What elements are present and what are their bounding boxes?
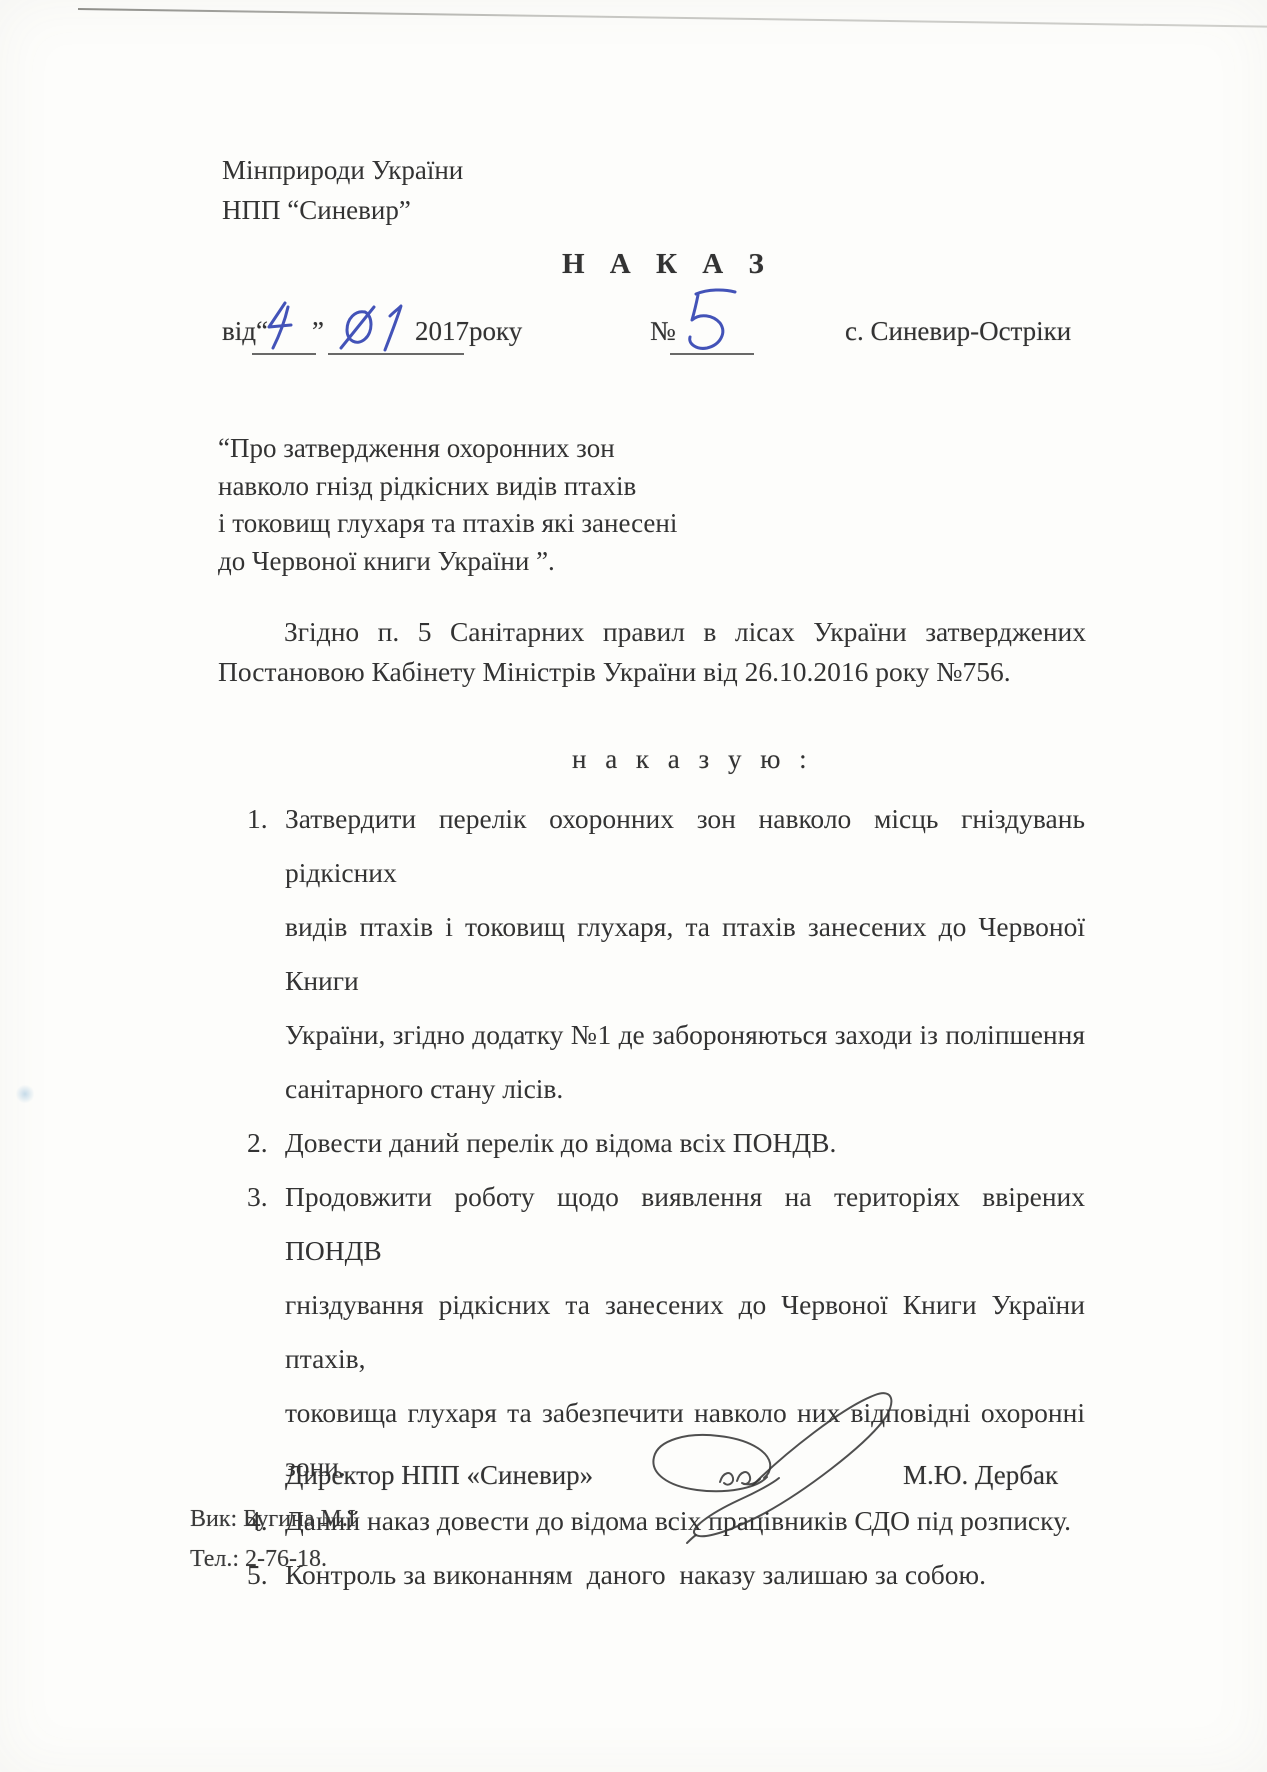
number-underline (670, 353, 754, 355)
phone-note: Тел.: 2-76-18. (190, 1546, 327, 1573)
handwritten-month (338, 300, 410, 352)
item-number: 1. (247, 792, 268, 846)
intro-line: Постановою Кабінету Міністрів України ві… (218, 652, 1086, 692)
number-sign: № (650, 316, 676, 347)
handwritten-day (260, 296, 302, 352)
park-name: НПП “Синевир” (222, 190, 463, 230)
scan-artifact-line (78, 8, 1267, 27)
intro-paragraph: Згідно п. 5 Санітарних правил в лісах Ук… (218, 612, 1086, 691)
signature-name: М.Ю. Дербак (903, 1460, 1058, 1491)
date-close-quote: ” (312, 316, 324, 347)
subject-paragraph: “Про затвердження охоронних зон навколо … (218, 430, 778, 580)
ministry-name: Мінприроди України (222, 150, 463, 190)
handwritten-number (682, 286, 740, 352)
list-item: 1. Затвердити перелік охоронних зон навк… (285, 792, 1085, 1116)
scanned-order-document: Мінприроди України НПП “Синевир” Н А К А… (0, 0, 1267, 1772)
item-line: Продовжити роботу щодо виявлення на тери… (285, 1170, 1085, 1278)
ink-smudge (16, 1084, 34, 1104)
place-name: с. Синевир-Остріки (845, 316, 1071, 347)
item-line: видів птахів і токовищ глухаря, та птахі… (285, 900, 1085, 1008)
item-line: гніздування рідкісних та занесених до Че… (285, 1278, 1085, 1386)
date-year: 2017року (415, 316, 522, 347)
item-line: Довести даний перелік до відома всіх ПОН… (285, 1116, 1085, 1170)
executor-note: Вик: Бугина М.І (190, 1506, 356, 1533)
document-title: Н А К А З (562, 248, 773, 281)
item-line: Затвердити перелік охоронних зон навколо… (285, 792, 1085, 900)
item-number: 3. (247, 1170, 268, 1224)
day-underline (252, 353, 316, 355)
list-item: 2. Довести даний перелік до відома всіх … (285, 1116, 1085, 1170)
month-underline (328, 353, 464, 355)
signature-position-label: Директор НПП «Синевир» (285, 1460, 593, 1491)
director-signature (635, 1385, 925, 1560)
subject-line: навколо гнізд рідкісних видів птахів (218, 468, 778, 506)
intro-line: Згідно п. 5 Санітарних правил в лісах Ук… (218, 612, 1086, 652)
item-line: України, згідно додатку №1 де забороняют… (285, 1008, 1085, 1062)
subject-line: і токовищ глухаря та птахів які занесені (218, 505, 778, 543)
item-number: 2. (247, 1116, 268, 1170)
subject-line: “Про затвердження охоронних зон (218, 430, 778, 468)
letterhead: Мінприроди України НПП “Синевир” (222, 150, 463, 230)
subject-line: до Червоної книги України ”. (218, 543, 778, 581)
item-line: санітарного стану лісів. (285, 1062, 1085, 1116)
order-word: н а к а з у ю : (572, 744, 813, 775)
